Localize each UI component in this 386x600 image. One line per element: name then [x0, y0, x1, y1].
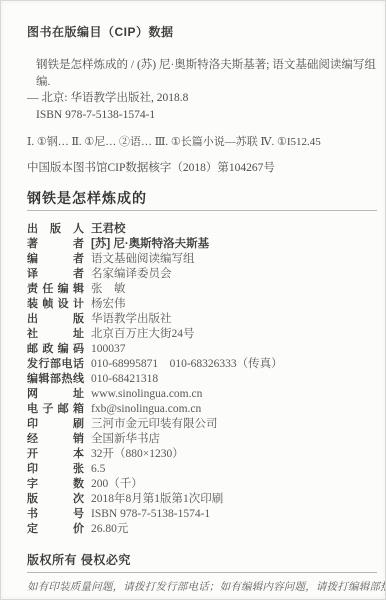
colophon-value: [苏] 尼·奥斯特洛夫斯基: [91, 238, 209, 250]
colophon-value: 三河市金元印装有限公司: [91, 418, 218, 430]
colophon-value: fxb@sinolingua.com.cn: [91, 403, 201, 415]
colophon-value: 32开（880×1230）: [91, 448, 184, 460]
title-divider-rule: [27, 210, 377, 211]
colophon-value: ISBN 978-7-5138-1574-1: [91, 508, 210, 520]
colophon-label: 电子邮箱: [27, 402, 84, 417]
colophon-row: 邮政编码100037: [27, 342, 377, 357]
quality-contact-note: 如有印装质量问题，请拨打发行部电话；如有编辑内容问题，请拨打编辑部热线。: [27, 581, 377, 594]
colophon-label: 出版: [27, 312, 84, 327]
colophon-row: 经销全国新华书店: [27, 432, 377, 447]
colophon-label: 装帧设计: [27, 297, 84, 312]
cip-citation-paragraph: 钢铁是怎样炼成的 / (苏) 尼·奥斯特洛夫斯基著; 语文基础阅读编写组编. —…: [27, 57, 377, 123]
copyright-notice: 版权所有 侵权必究: [27, 553, 377, 567]
colophon-value: 杨宏伟: [91, 298, 126, 310]
colophon-label: 字数: [27, 477, 84, 492]
colophon-label: 开本: [27, 447, 84, 462]
colophon-label: 邮政编码: [27, 342, 84, 357]
copyright-divider-rule: [27, 572, 377, 573]
cip-record-number: 中国版本图书馆CIP数据核字（2018）第104267号: [27, 161, 377, 175]
colophon-label: 书号: [27, 507, 84, 522]
colophon-row: 定价26.80元: [27, 522, 377, 537]
colophon-row: 发行部电话010-68995871 010-68326333（传真）: [27, 357, 377, 372]
colophon-row: 印刷三河市金元印装有限公司: [27, 417, 377, 432]
colophon-row: 网址www.sinolingua.com.cn: [27, 387, 377, 402]
colophon-row: 印张6.5: [27, 462, 377, 477]
cip-data-header: 图书在版编目（CIP）数据: [27, 25, 377, 39]
colophon-label: 发行部电话: [27, 357, 84, 372]
cip-citation-line-3: ISBN 978-7-5138-1574-1: [27, 107, 377, 124]
colophon-row: 书号ISBN 978-7-5138-1574-1: [27, 507, 377, 522]
colophon-label: 定价: [27, 522, 84, 537]
cip-classification-line: Ⅰ. ①钢… Ⅱ. ①尼… ②语… Ⅲ. ①长篇小说—苏联 Ⅳ. ①I512.4…: [27, 136, 377, 149]
colophon-label: 社址: [27, 327, 84, 342]
cip-citation-line-2: — 北京: 华语教学出版社, 2018.8: [27, 90, 377, 107]
colophon-value: www.sinolingua.com.cn: [91, 388, 202, 400]
colophon-value: 2018年8月第1版第1次印刷: [91, 493, 223, 505]
colophon-row: 装帧设计杨宏伟: [27, 297, 377, 312]
colophon-label: 责任编辑: [27, 282, 84, 297]
colophon-value: 北京百万庄大街24号: [91, 328, 195, 340]
colophon-row: 出版华语教学出版社: [27, 312, 377, 327]
colophon-row: 著者[苏] 尼·奥斯特洛夫斯基: [27, 237, 377, 252]
colophon-label: 版次: [27, 492, 84, 507]
colophon-value: 010-68995871 010-68326333（传真）: [91, 358, 283, 370]
colophon-value: 名家编译委员会: [91, 268, 172, 280]
colophon-row: 出版人王君校: [27, 222, 377, 237]
colophon-value: 6.5: [91, 463, 105, 475]
colophon-row: 开本32开（880×1230）: [27, 447, 377, 462]
cip-citation-line-1: 钢铁是怎样炼成的 / (苏) 尼·奥斯特洛夫斯基著; 语文基础阅读编写组编.: [27, 57, 377, 90]
colophon-value: 010-68421318: [91, 373, 158, 385]
colophon-row: 字数200（千）: [27, 477, 377, 492]
colophon-row: 责任编辑张 敏: [27, 282, 377, 297]
colophon-value: 200（千）: [91, 478, 143, 490]
colophon-label: 出版人: [27, 222, 84, 237]
colophon-label: 印张: [27, 462, 84, 477]
colophon-label: 印刷: [27, 417, 84, 432]
colophon-label: 编辑部热线: [27, 372, 84, 387]
colophon-value: 华语教学出版社: [91, 313, 172, 325]
colophon-label: 编者: [27, 252, 84, 267]
colophon-row: 译者名家编译委员会: [27, 267, 377, 282]
colophon-list: 出版人王君校 著者[苏] 尼·奥斯特洛夫斯基 编者语文基础阅读编写组 译者名家编…: [27, 222, 377, 537]
colophon-value: 全国新华书店: [91, 433, 160, 445]
book-colophon-page: 图书在版编目（CIP）数据 钢铁是怎样炼成的 / (苏) 尼·奥斯特洛夫斯基著;…: [0, 0, 386, 600]
colophon-row: 编者语文基础阅读编写组: [27, 252, 377, 267]
colophon-row: 社址北京百万庄大街24号: [27, 327, 377, 342]
colophon-row: 编辑部热线010-68421318: [27, 372, 377, 387]
colophon-label: 网址: [27, 387, 84, 402]
colophon-value: 张 敏: [91, 283, 126, 295]
colophon-row: 电子邮箱fxb@sinolingua.com.cn: [27, 402, 377, 417]
colophon-label: 经销: [27, 432, 84, 447]
colophon-value: 26.80元: [91, 523, 128, 535]
colophon-row: 版次2018年8月第1版第1次印刷: [27, 492, 377, 507]
colophon-label: 著者: [27, 237, 84, 252]
colophon-value: 王君校: [91, 223, 126, 235]
colophon-label: 译者: [27, 267, 84, 282]
colophon-value: 100037: [91, 343, 126, 355]
colophon-value: 语文基础阅读编写组: [91, 253, 195, 265]
book-title: 钢铁是怎样炼成的: [27, 189, 377, 207]
